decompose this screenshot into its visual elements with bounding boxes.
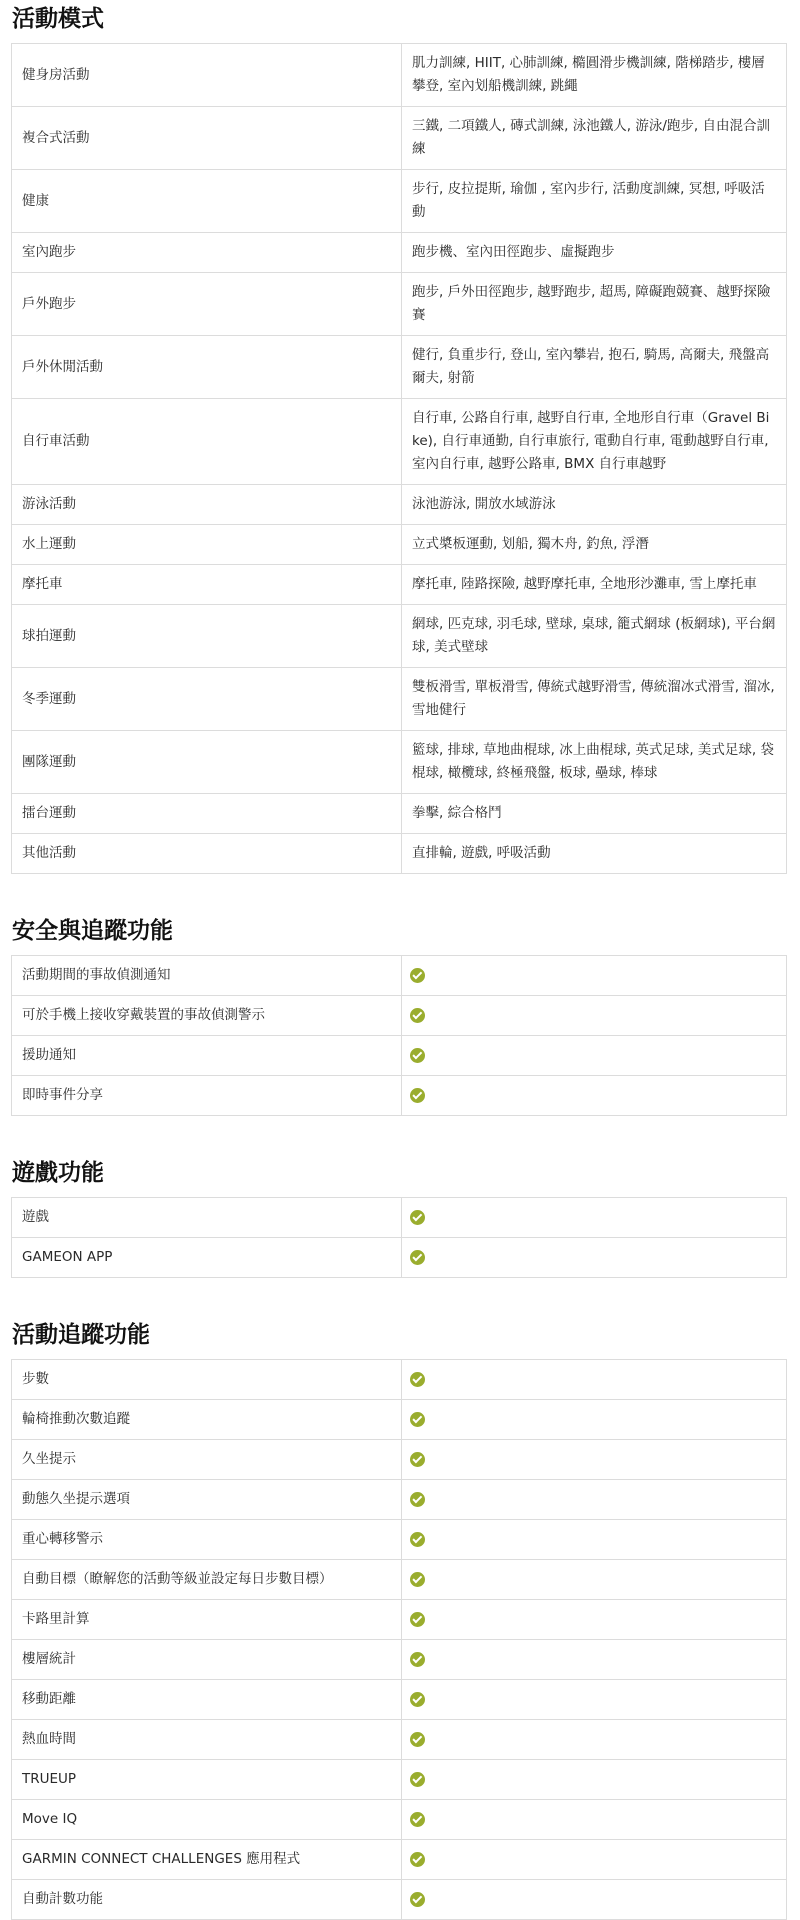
table-row: 室內跑步跑步機、室內田徑跑步、虛擬跑步 bbox=[12, 233, 787, 273]
section-title-safety: 安全與追蹤功能 bbox=[11, 912, 787, 955]
activity-modes-table: 健身房活動肌力訓練, HIIT, 心肺訓練, 橢圓滑步機訓練, 階梯踏步, 樓層… bbox=[11, 43, 787, 874]
table-row: 游泳活動泳池游泳, 開放水域游泳 bbox=[12, 485, 787, 525]
table-row: 移動距離 bbox=[12, 1680, 787, 1720]
table-row: TRUEUP bbox=[12, 1760, 787, 1800]
check-circle-icon bbox=[410, 1008, 425, 1023]
feature-label: 卡路里計算 bbox=[12, 1600, 402, 1640]
check-circle-icon bbox=[410, 1452, 425, 1467]
table-row: 卡路里計算 bbox=[12, 1600, 787, 1640]
table-row: 戶外休閒活動健行, 負重步行, 登山, 室內攀岩, 抱石, 騎馬, 高爾夫, 飛… bbox=[12, 336, 787, 399]
table-row: 戶外跑步跑步, 戶外田徑跑步, 越野跑步, 超馬, 障礙跑競賽、越野探險賽 bbox=[12, 273, 787, 336]
feature-label: 樓層統計 bbox=[12, 1640, 402, 1680]
row-label: 球拍運動 bbox=[12, 605, 402, 668]
check-circle-icon bbox=[410, 968, 425, 983]
feature-label: GARMIN CONNECT CHALLENGES 應用程式 bbox=[12, 1840, 402, 1880]
row-value: 立式槳板運動, 划船, 獨木舟, 釣魚, 浮潛 bbox=[402, 525, 787, 565]
row-label: 摩托車 bbox=[12, 565, 402, 605]
feature-label: 輪椅推動次數追蹤 bbox=[12, 1400, 402, 1440]
row-label: 其他活動 bbox=[12, 834, 402, 874]
row-value: 摩托車, 陸路探險, 越野摩托車, 全地形沙灘車, 雪上摩托車 bbox=[402, 565, 787, 605]
row-label: 冬季運動 bbox=[12, 668, 402, 731]
row-value: 跑步, 戶外田徑跑步, 越野跑步, 超馬, 障礙跑競賽、越野探險賽 bbox=[402, 273, 787, 336]
table-row: 樓層統計 bbox=[12, 1640, 787, 1680]
feature-support-cell bbox=[402, 956, 787, 996]
check-circle-icon bbox=[410, 1692, 425, 1707]
check-circle-icon bbox=[410, 1532, 425, 1547]
feature-support-cell bbox=[402, 1680, 787, 1720]
row-label: 自行車活動 bbox=[12, 399, 402, 485]
table-row: 久坐提示 bbox=[12, 1440, 787, 1480]
check-circle-icon bbox=[410, 1412, 425, 1427]
feature-support-cell bbox=[402, 1520, 787, 1560]
row-value: 健行, 負重步行, 登山, 室內攀岩, 抱石, 騎馬, 高爾夫, 飛盤高爾夫, … bbox=[402, 336, 787, 399]
check-circle-icon bbox=[410, 1492, 425, 1507]
feature-support-cell bbox=[402, 1480, 787, 1520]
spec-page: 活動模式 健身房活動肌力訓練, HIIT, 心肺訓練, 橢圓滑步機訓練, 階梯踏… bbox=[0, 0, 800, 1920]
table-row: 遊戲 bbox=[12, 1198, 787, 1238]
row-label: 戶外跑步 bbox=[12, 273, 402, 336]
check-circle-icon bbox=[410, 1250, 425, 1265]
table-row: 健康步行, 皮拉提斯, 瑜伽 , 室內步行, 活動度訓練, 冥想, 呼吸活動 bbox=[12, 170, 787, 233]
feature-support-cell bbox=[402, 1720, 787, 1760]
table-row: 複合式活動三鐵, 二項鐵人, 磚式訓練, 泳池鐵人, 游泳/跑步, 自由混合訓練 bbox=[12, 107, 787, 170]
feature-label: 熱血時間 bbox=[12, 1720, 402, 1760]
check-circle-icon bbox=[410, 1892, 425, 1907]
row-value: 三鐵, 二項鐵人, 磚式訓練, 泳池鐵人, 游泳/跑步, 自由混合訓練 bbox=[402, 107, 787, 170]
row-value: 肌力訓練, HIIT, 心肺訓練, 橢圓滑步機訓練, 階梯踏步, 樓層攀登, 室… bbox=[402, 44, 787, 107]
table-row: 其他活動直排輪, 遊戲, 呼吸活動 bbox=[12, 834, 787, 874]
table-row: GAMEON APP bbox=[12, 1238, 787, 1278]
feature-label: TRUEUP bbox=[12, 1760, 402, 1800]
row-value: 自行車, 公路自行車, 越野自行車, 全地形自行車（Gravel Bike), … bbox=[402, 399, 787, 485]
check-circle-icon bbox=[410, 1732, 425, 1747]
row-value: 籃球, 排球, 草地曲棍球, 冰上曲棍球, 英式足球, 美式足球, 袋棍球, 橄… bbox=[402, 731, 787, 794]
table-row: 摩托車摩托車, 陸路探險, 越野摩托車, 全地形沙灘車, 雪上摩托車 bbox=[12, 565, 787, 605]
row-value: 泳池游泳, 開放水域游泳 bbox=[402, 485, 787, 525]
table-row: 熱血時間 bbox=[12, 1720, 787, 1760]
feature-label: 移動距離 bbox=[12, 1680, 402, 1720]
feature-label: GAMEON APP bbox=[12, 1238, 402, 1278]
row-label: 室內跑步 bbox=[12, 233, 402, 273]
feature-support-cell bbox=[402, 1036, 787, 1076]
feature-support-cell bbox=[402, 1198, 787, 1238]
feature-label: 活動期間的事故偵測通知 bbox=[12, 956, 402, 996]
feature-label: 遊戲 bbox=[12, 1198, 402, 1238]
feature-support-cell bbox=[402, 1640, 787, 1680]
feature-support-cell bbox=[402, 1880, 787, 1920]
feature-support-cell bbox=[402, 1360, 787, 1400]
feature-label: 自動目標（瞭解您的活動等級並設定每日步數目標） bbox=[12, 1560, 402, 1600]
table-row: 援助通知 bbox=[12, 1036, 787, 1076]
table-row: 自行車活動自行車, 公路自行車, 越野自行車, 全地形自行車（Gravel Bi… bbox=[12, 399, 787, 485]
check-circle-icon bbox=[410, 1210, 425, 1225]
feature-support-cell bbox=[402, 1440, 787, 1480]
check-circle-icon bbox=[410, 1372, 425, 1387]
row-label: 健身房活動 bbox=[12, 44, 402, 107]
row-value: 跑步機、室內田徑跑步、虛擬跑步 bbox=[402, 233, 787, 273]
table-row: 冬季運動雙板滑雪, 單板滑雪, 傳統式越野滑雪, 傳統溜冰式滑雪, 溜冰, 雪地… bbox=[12, 668, 787, 731]
row-value: 步行, 皮拉提斯, 瑜伽 , 室內步行, 活動度訓練, 冥想, 呼吸活動 bbox=[402, 170, 787, 233]
table-row: Move IQ bbox=[12, 1800, 787, 1840]
table-row: 可於手機上接收穿戴裝置的事故偵測警示 bbox=[12, 996, 787, 1036]
section-title-activity-tracking: 活動追蹤功能 bbox=[11, 1316, 787, 1359]
row-value: 直排輪, 遊戲, 呼吸活動 bbox=[402, 834, 787, 874]
table-row: 活動期間的事故偵測通知 bbox=[12, 956, 787, 996]
feature-label: Move IQ bbox=[12, 1800, 402, 1840]
table-row: 健身房活動肌力訓練, HIIT, 心肺訓練, 橢圓滑步機訓練, 階梯踏步, 樓層… bbox=[12, 44, 787, 107]
table-row: 即時事件分享 bbox=[12, 1076, 787, 1116]
feature-label: 援助通知 bbox=[12, 1036, 402, 1076]
table-row: 步數 bbox=[12, 1360, 787, 1400]
table-row: 擂台運動拳擊, 綜合格鬥 bbox=[12, 794, 787, 834]
feature-support-cell bbox=[402, 1800, 787, 1840]
row-value: 雙板滑雪, 單板滑雪, 傳統式越野滑雪, 傳統溜冰式滑雪, 溜冰, 雪地健行 bbox=[402, 668, 787, 731]
feature-support-cell bbox=[402, 1760, 787, 1800]
table-row: 水上運動立式槳板運動, 划船, 獨木舟, 釣魚, 浮潛 bbox=[12, 525, 787, 565]
feature-label: 可於手機上接收穿戴裝置的事故偵測警示 bbox=[12, 996, 402, 1036]
table-row: 團隊運動籃球, 排球, 草地曲棍球, 冰上曲棍球, 英式足球, 美式足球, 袋棍… bbox=[12, 731, 787, 794]
feature-support-cell bbox=[402, 1840, 787, 1880]
activity-tracking-table: 步數輪椅推動次數追蹤久坐提示動態久坐提示選項重心轉移警示自動目標（瞭解您的活動等… bbox=[11, 1359, 787, 1920]
row-value: 拳擊, 綜合格鬥 bbox=[402, 794, 787, 834]
games-table: 遊戲GAMEON APP bbox=[11, 1197, 787, 1278]
table-row: 重心轉移警示 bbox=[12, 1520, 787, 1560]
row-label: 健康 bbox=[12, 170, 402, 233]
section-title-activity-modes: 活動模式 bbox=[11, 0, 787, 43]
feature-label: 步數 bbox=[12, 1360, 402, 1400]
check-circle-icon bbox=[410, 1612, 425, 1627]
feature-label: 自動計數功能 bbox=[12, 1880, 402, 1920]
row-label: 戶外休閒活動 bbox=[12, 336, 402, 399]
table-row: 動態久坐提示選項 bbox=[12, 1480, 787, 1520]
table-row: 自動計數功能 bbox=[12, 1880, 787, 1920]
check-circle-icon bbox=[410, 1852, 425, 1867]
feature-label: 重心轉移警示 bbox=[12, 1520, 402, 1560]
check-circle-icon bbox=[410, 1652, 425, 1667]
feature-support-cell bbox=[402, 1600, 787, 1640]
table-row: 球拍運動網球, 匹克球, 羽毛球, 壁球, 桌球, 籠式網球 (板網球), 平台… bbox=[12, 605, 787, 668]
check-circle-icon bbox=[410, 1772, 425, 1787]
row-value: 網球, 匹克球, 羽毛球, 壁球, 桌球, 籠式網球 (板網球), 平台網球, … bbox=[402, 605, 787, 668]
row-label: 複合式活動 bbox=[12, 107, 402, 170]
check-circle-icon bbox=[410, 1812, 425, 1827]
check-circle-icon bbox=[410, 1088, 425, 1103]
feature-support-cell bbox=[402, 1076, 787, 1116]
feature-support-cell bbox=[402, 1560, 787, 1600]
table-row: 輪椅推動次數追蹤 bbox=[12, 1400, 787, 1440]
table-row: 自動目標（瞭解您的活動等級並設定每日步數目標） bbox=[12, 1560, 787, 1600]
feature-label: 即時事件分享 bbox=[12, 1076, 402, 1116]
section-title-games: 遊戲功能 bbox=[11, 1154, 787, 1197]
feature-support-cell bbox=[402, 1400, 787, 1440]
feature-label: 動態久坐提示選項 bbox=[12, 1480, 402, 1520]
feature-support-cell bbox=[402, 996, 787, 1036]
row-label: 水上運動 bbox=[12, 525, 402, 565]
row-label: 游泳活動 bbox=[12, 485, 402, 525]
check-circle-icon bbox=[410, 1572, 425, 1587]
table-row: GARMIN CONNECT CHALLENGES 應用程式 bbox=[12, 1840, 787, 1880]
row-label: 擂台運動 bbox=[12, 794, 402, 834]
feature-support-cell bbox=[402, 1238, 787, 1278]
feature-label: 久坐提示 bbox=[12, 1440, 402, 1480]
check-circle-icon bbox=[410, 1048, 425, 1063]
safety-table: 活動期間的事故偵測通知可於手機上接收穿戴裝置的事故偵測警示援助通知即時事件分享 bbox=[11, 955, 787, 1116]
row-label: 團隊運動 bbox=[12, 731, 402, 794]
